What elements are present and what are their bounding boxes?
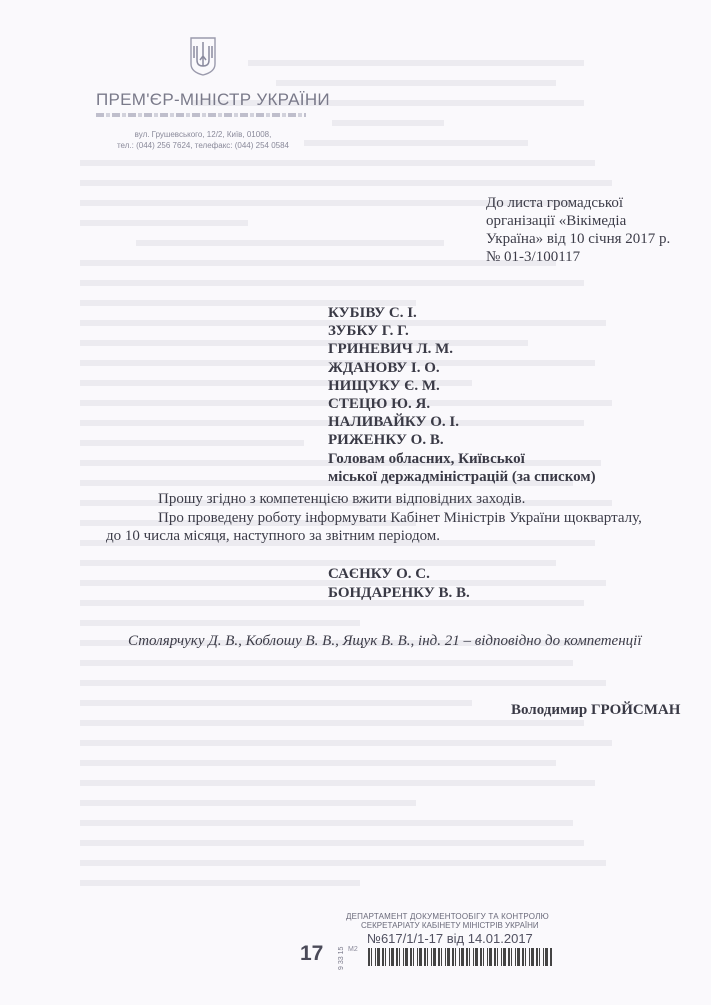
stamp-department: ДЕПАРТАМЕНТ ДОКУМЕНТООБІГУ ТА КОНТРОЛЮ xyxy=(346,912,549,921)
cc-addressee: БОНДАРЕНКУ В. В. xyxy=(328,584,470,603)
addressee: СТЕЦЮ Ю. Я. xyxy=(328,395,596,413)
addressee: ЖДАНОВУ І. О. xyxy=(328,359,596,377)
reference-line: організації «Вікімедіа xyxy=(486,212,670,230)
reference-line: До листа громадської xyxy=(486,194,670,212)
registration-number: №617/1/1-17 від 14.01.2017 xyxy=(367,931,533,946)
address-line: вул. Грушевського, 12/2, Київ, 01008, xyxy=(88,129,318,140)
addressee-group: міської держадміністрацій (за списком) xyxy=(328,468,596,486)
executors-line: Столярчуку Д. В., Коблошу В. В., Ящук В.… xyxy=(128,633,642,650)
addressee: ГРИНЕВИЧ Л. М. xyxy=(328,340,596,358)
addressee: ЗУБКУ Г. Г. xyxy=(328,322,596,340)
ornament-divider xyxy=(96,113,306,117)
addressee-group: Головам обласних, Київської xyxy=(328,450,596,468)
addressee: НАЛИВАЙКУ О. І. xyxy=(328,413,596,431)
addressee: РИЖЕНКУ О. В. xyxy=(328,431,596,449)
barcode-icon xyxy=(368,948,552,966)
letterhead: ПРЕМ'ЄР-МІНІСТР УКРАЇНИ вул. Грушевськог… xyxy=(88,36,318,151)
body-paragraph: Прошу згідно з компетенцією вжити відпов… xyxy=(106,490,696,509)
letterhead-address: вул. Грушевського, 12/2, Київ, 01008, те… xyxy=(88,129,318,151)
cc-addressee: САЄНКУ О. С. xyxy=(328,565,470,584)
reference-line: Україна» від 10 січня 2017 р. xyxy=(486,230,670,248)
body-paragraph: Про проведену роботу інформувати Кабінет… xyxy=(106,509,696,528)
reference-block: До листа громадської організації «Вікіме… xyxy=(486,194,670,266)
stamp-time: 9 33 15 xyxy=(338,947,345,970)
addressee: НИЩУКУ Є. М. xyxy=(328,377,596,395)
registration-stamp: 17 9 33 15 ДЕПАРТАМЕНТ ДОКУМЕНТООБІГУ ТА… xyxy=(300,912,560,982)
reference-number: № 01-3/100117 xyxy=(486,248,670,266)
letterhead-title: ПРЕМ'ЄР-МІНІСТР УКРАЇНИ xyxy=(88,90,318,110)
stamp-code: М2 xyxy=(348,946,358,953)
addressee: КУБІВУ С. І. xyxy=(328,304,596,322)
signature: Володимир ГРОЙСМАН xyxy=(511,702,680,719)
phone-line: тел.: (044) 256 7624, телефакс: (044) 25… xyxy=(88,140,318,151)
addressee-list: КУБІВУ С. І. ЗУБКУ Г. Г. ГРИНЕВИЧ Л. М. … xyxy=(328,304,596,486)
letter-body: Прошу згідно з компетенцією вжити відпов… xyxy=(106,490,696,546)
trident-coat-of-arms-icon xyxy=(189,36,217,76)
cc-list: САЄНКУ О. С. БОНДАРЕНКУ В. В. xyxy=(328,565,470,602)
body-paragraph-continuation: до 10 числа місяця, наступного за звітни… xyxy=(106,527,696,546)
stamp-department: СЕКРЕТАРІАТУ КАБІНЕТУ МІНІСТРІВ УКРАЇНИ xyxy=(361,921,539,930)
document-page: ПРЕМ'ЄР-МІНІСТР УКРАЇНИ вул. Грушевськог… xyxy=(0,0,711,1005)
page-count: 17 xyxy=(300,942,323,966)
